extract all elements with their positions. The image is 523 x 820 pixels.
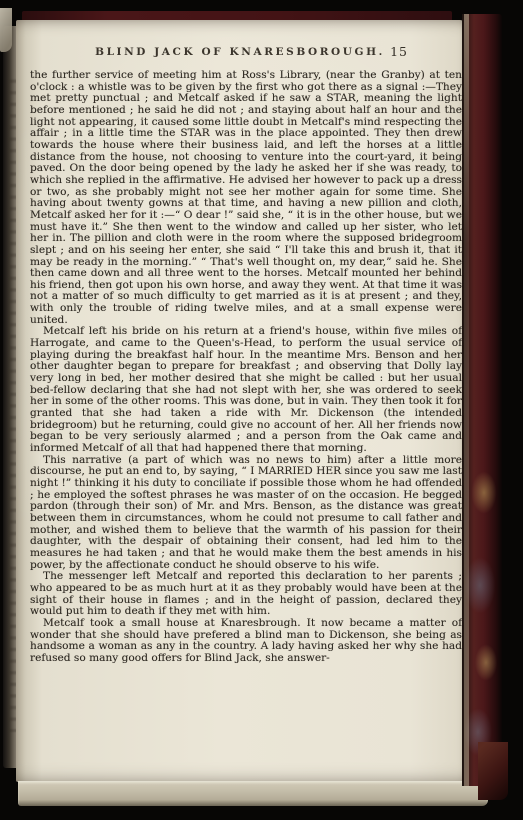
book-cover-bottom-corner <box>478 742 508 800</box>
body-text: the further service of meeting him at Ro… <box>30 70 462 664</box>
book-page: BLIND JACK OF KNARESBOROUGH. 15 the furt… <box>16 20 464 782</box>
scanned-book-photo: BLIND JACK OF KNARESBOROUGH. 15 the furt… <box>0 0 523 820</box>
running-head-title: BLIND JACK OF KNARESBOROUGH. <box>30 46 450 58</box>
paragraph: the further service of meeting him at Ro… <box>30 70 462 326</box>
paragraph: This narrative (a part of which was no n… <box>30 455 462 572</box>
paragraph: Metcalf left his bride on his return at … <box>30 326 462 454</box>
paragraph: The messenger left Metcalf and reported … <box>30 571 462 618</box>
paragraph: Metcalf took a small house at Knaresbrou… <box>30 618 462 665</box>
page-edge-highlight <box>464 14 469 786</box>
page-number: 15 <box>390 44 408 59</box>
page-block-bottom-edge <box>18 781 488 806</box>
facing-page-corner-curl <box>0 8 12 52</box>
page-header: BLIND JACK OF KNARESBOROUGH. 15 <box>30 46 450 64</box>
book-cover-right-edge <box>462 14 502 786</box>
